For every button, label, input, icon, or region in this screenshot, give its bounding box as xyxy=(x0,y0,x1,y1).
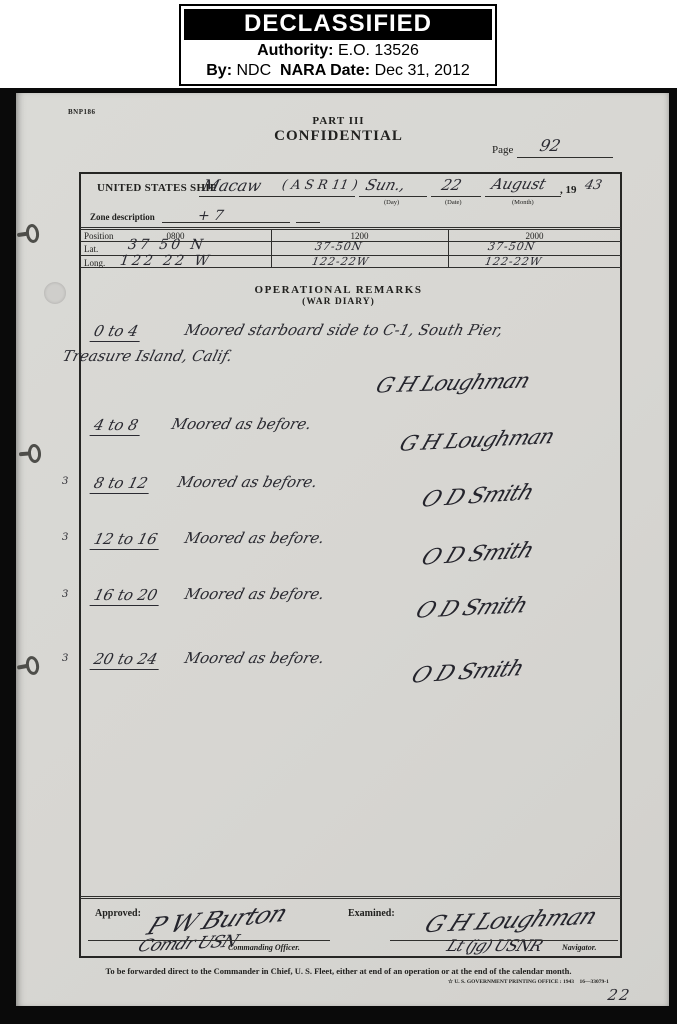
page-number-handwritten: 92 xyxy=(538,136,562,155)
entry-text: Moored starboard side to C-1, South Pier… xyxy=(183,321,505,339)
entry-time: 12 to 16 xyxy=(90,530,164,550)
binder-fastener-icon xyxy=(25,223,41,244)
long-0800-handwritten: 122 22 W xyxy=(119,253,213,269)
binder-fastener-icon xyxy=(27,443,42,463)
long-2000-handwritten: 122-22W xyxy=(484,255,543,268)
lat-0800-handwritten: 37 50 N xyxy=(127,237,207,253)
page-label: Page xyxy=(492,144,513,156)
declassified-stamp-area: DECLASSIFIED Authority: E.O. 13526 By: N… xyxy=(0,0,677,88)
examined-label: Examined: xyxy=(348,908,395,919)
navigator-caption: Navigator. xyxy=(562,943,596,952)
position-table: Position 0800 1200 2000 Lat. Long. 37 50… xyxy=(80,227,621,268)
margin-mark: 3 xyxy=(62,532,68,543)
navigator-signature-line xyxy=(390,940,618,941)
entry-text: Moored as before. xyxy=(183,529,327,547)
zone-line xyxy=(162,222,290,223)
lat-row-label: Lat. xyxy=(84,244,98,254)
margin-mark: 3 xyxy=(62,476,68,487)
part-heading: PART III xyxy=(0,115,677,127)
lat-2000-handwritten: 37-50N xyxy=(487,240,537,253)
classification-heading: CONFIDENTIAL xyxy=(0,128,677,145)
entry-time: 16 to 20 xyxy=(90,586,164,606)
margin-mark: 3 xyxy=(62,653,68,664)
entry-text: Moored as before. xyxy=(183,649,327,667)
month-line xyxy=(485,196,561,197)
entry-time: 0 to 4 xyxy=(90,322,145,342)
by-label: By: xyxy=(206,62,232,79)
date-caption: (Date) xyxy=(445,199,462,206)
page-number-line xyxy=(517,157,613,158)
month-handwritten: August xyxy=(489,175,548,193)
lat-1200-handwritten: 37-50N xyxy=(314,240,364,253)
zone-line-2 xyxy=(296,222,320,223)
hull-number-handwritten: ( A S R 11 ) xyxy=(281,178,359,193)
nara-date-label: NARA Date: xyxy=(280,62,370,79)
declassified-title: DECLASSIFIED xyxy=(184,9,492,40)
printing-office-note: ☆ U. S. GOVERNMENT PRINTING OFFICE : 194… xyxy=(448,979,609,985)
entry-text: Moored as before. xyxy=(183,585,327,603)
forwarding-instruction: To be forwarded direct to the Commander … xyxy=(0,966,677,976)
declassified-authority-line: Authority: E.O. 13526 xyxy=(184,42,492,60)
star-icon: ☆ xyxy=(448,979,453,985)
ship-name-line xyxy=(199,196,355,197)
ship-name-handwritten: Macaw xyxy=(201,176,264,195)
declassified-stamp: DECLASSIFIED Authority: E.O. 13526 By: N… xyxy=(179,4,497,86)
entry-text-continued: Treasure Island, Calif. xyxy=(61,347,235,365)
zone-label: Zone description xyxy=(90,212,155,222)
long-row-label: Long. xyxy=(84,258,105,268)
navigator-rank: Lt (jg) USNR xyxy=(444,936,545,955)
approval-divider xyxy=(80,896,621,899)
entry-time: 4 to 8 xyxy=(90,416,145,436)
remarks-subtitle: (WAR DIARY) xyxy=(0,297,677,307)
date-line xyxy=(431,196,481,197)
ship-label: UNITED STATES SHIP xyxy=(97,182,217,194)
print-code: 16—33079-1 xyxy=(580,979,609,985)
remarks-title: OPERATIONAL REMARKS xyxy=(0,284,677,296)
day-line xyxy=(359,196,427,197)
authority-label: Authority: xyxy=(257,42,333,59)
year-handwritten: 43 xyxy=(583,178,603,193)
co-signature-line xyxy=(88,940,330,941)
entry-time: 20 to 24 xyxy=(90,650,164,670)
entry-text: Moored as before. xyxy=(170,415,314,433)
document-scan: BNP186 PART III CONFIDENTIAL Page 92 UNI… xyxy=(0,88,677,1024)
approved-label: Approved: xyxy=(95,908,141,919)
scan-page-number-handwritten: 22 xyxy=(606,986,632,1004)
zone-value-handwritten: + 7 xyxy=(196,208,224,224)
by-value: NDC xyxy=(236,62,271,79)
long-1200-handwritten: 122-22W xyxy=(311,255,370,268)
margin-mark: 3 xyxy=(62,589,68,600)
month-caption: (Month) xyxy=(512,199,534,206)
entry-time: 8 to 12 xyxy=(90,474,154,494)
year-printed: , 19 xyxy=(560,184,577,196)
day-caption: (Day) xyxy=(384,199,399,206)
authority-value: E.O. 13526 xyxy=(338,42,419,59)
scanned-war-diary-page: DECLASSIFIED Authority: E.O. 13526 By: N… xyxy=(0,0,677,1024)
entry-text: Moored as before. xyxy=(176,473,320,491)
nara-date-value: Dec 31, 2012 xyxy=(375,62,470,79)
declassified-by-line: By: NDC NARA Date: Dec 31, 2012 xyxy=(184,62,492,80)
day-handwritten: Sun., xyxy=(363,176,407,194)
commanding-officer-caption: Commanding Officer. xyxy=(228,943,300,952)
printing-office-text: U. S. GOVERNMENT PRINTING OFFICE : 1943 xyxy=(454,979,574,985)
